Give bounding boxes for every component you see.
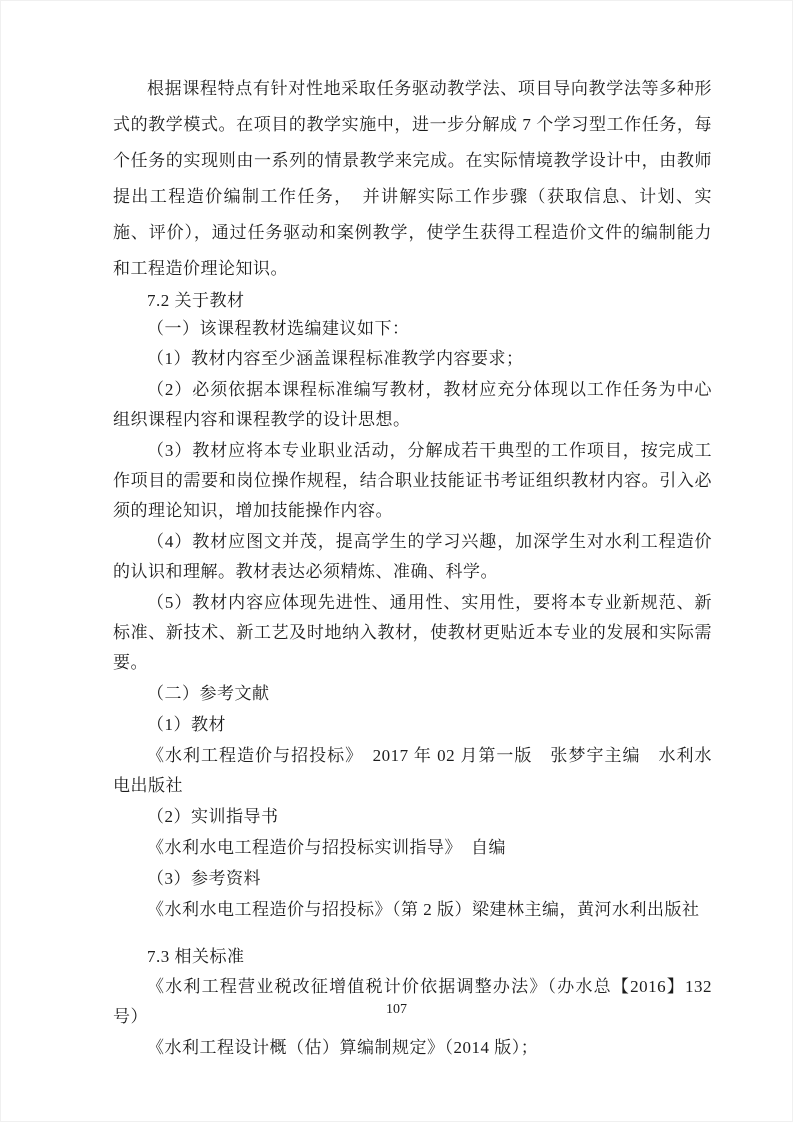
- suggestion-5: （5）教材内容应体现先进性、通用性、实用性，要将本专业新规范、新标准、新技术、新…: [113, 588, 712, 678]
- document-content: 根据课程特点有针对性地采取任务驱动教学法、项目导向教学法等多种形式的教学模式。在…: [113, 71, 712, 1064]
- section-7-3-heading: 7.3 相关标准: [113, 943, 712, 971]
- reference-training-guide-label: （2）实训指导书: [113, 802, 712, 832]
- references-heading: （二）参考文献: [113, 679, 712, 709]
- suggestion-3: （3）教材应将本专业职业活动，分解成若干典型的工作项目，按完成工作项目的需要和岗…: [113, 436, 712, 526]
- textbook-selection-intro: （一）该课程教材选编建议如下：: [113, 315, 712, 343]
- suggestion-2: （2）必须依据本课程标准编写教材，教材应充分体现以工作任务为中心组织课程内容和课…: [113, 375, 712, 435]
- page-number: 107: [1, 1001, 792, 1019]
- section-7-2-heading: 7.2 关于教材: [113, 287, 712, 315]
- reference-textbook-label: （1）教材: [113, 710, 712, 740]
- reference-training-guide: 《水利水电工程造价与招投标实训指导》 自编: [113, 833, 712, 863]
- reference-textbook: 《水利工程造价与招投标》 2017 年 02 月第一版 张梦宇主编 水利水电出版…: [113, 741, 712, 801]
- document-page: 根据课程特点有针对性地采取任务驱动教学法、项目导向教学法等多种形式的教学模式。在…: [0, 0, 793, 1122]
- suggestion-4: （4）教材应图文并茂，提高学生的学习兴趣，加深学生对水利工程造价的认识和理解。教…: [113, 527, 712, 587]
- reference-materials-label: （3）参考资料: [113, 864, 712, 894]
- suggestion-1: （1）教材内容至少涵盖课程标准教学内容要求；: [113, 344, 712, 374]
- reference-materials: 《水利水电工程造价与招投标》（第 2 版）梁建林主编，黄河水利出版社: [113, 895, 712, 925]
- intro-paragraph: 根据课程特点有针对性地采取任务驱动教学法、项目导向教学法等多种形式的教学模式。在…: [113, 71, 712, 287]
- standard-2: 《水利工程设计概（估）算编制规定》（2014 版）；: [113, 1033, 712, 1063]
